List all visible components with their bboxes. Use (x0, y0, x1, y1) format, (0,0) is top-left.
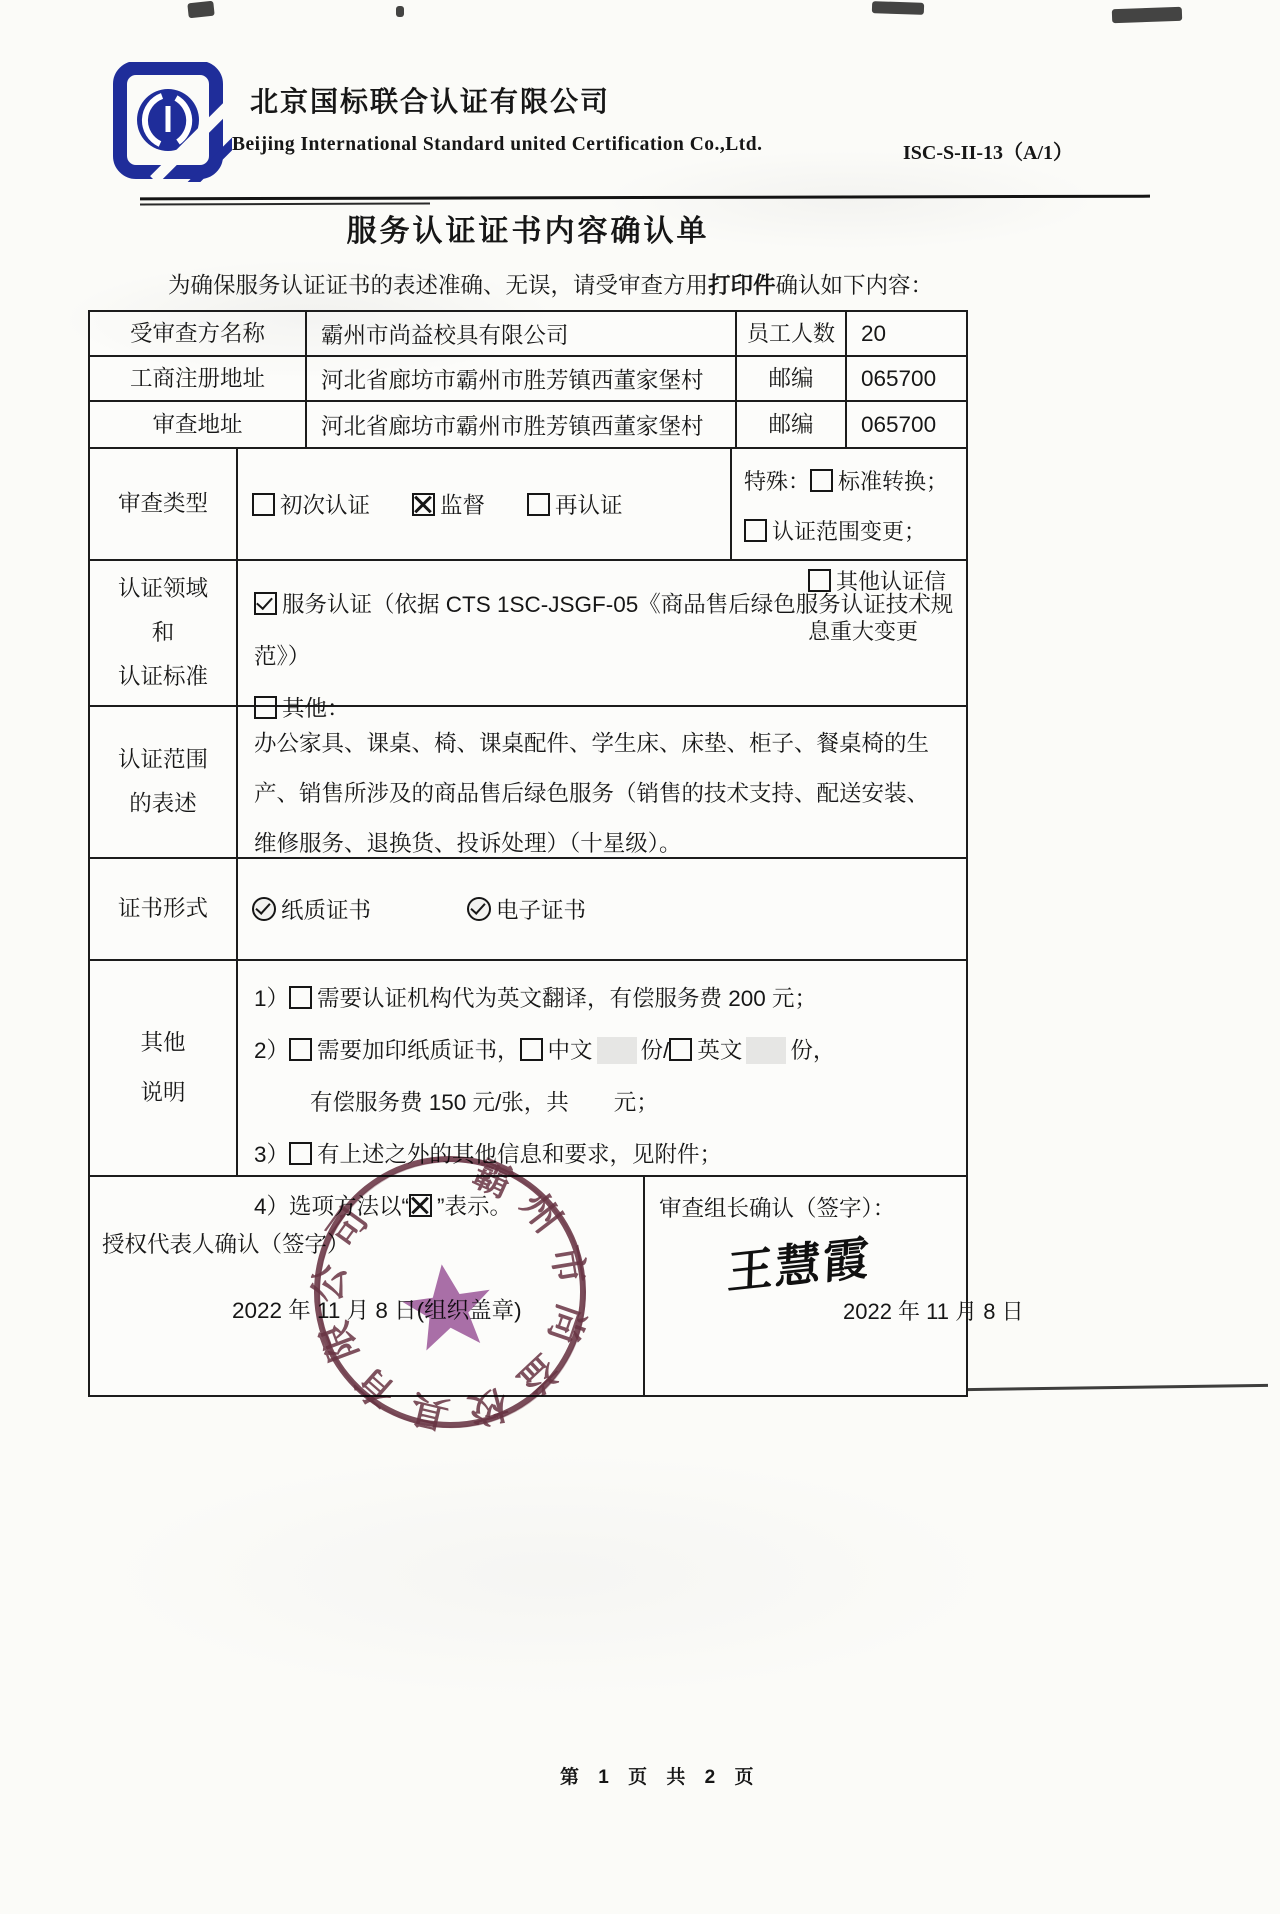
audit-type-label: 审查类型 (90, 449, 238, 559)
intro-pre: 为确保服务认证证书的表述准确、无误，请受审查方用 (168, 273, 708, 298)
cert-form-label: 证书形式 (90, 859, 238, 959)
option-initial-cert: 初次认证 (252, 488, 370, 520)
paper-smudge (100, 1450, 1000, 1700)
audit-leader-label: 审查组长确认（签字）： (659, 1191, 895, 1223)
cert-field-label-l2: 和 (152, 611, 175, 655)
other-note-2: 2）需要加印纸质证书，中文份/英文份， (254, 1025, 966, 1077)
page-footer: 第 1 页 共 2 页 (560, 1762, 761, 1789)
option-surveillance-label: 监督 (440, 488, 485, 520)
intro-post: 确认如下内容： (776, 273, 934, 298)
postcode-value-2: 065700 (847, 402, 966, 447)
note-2-text-4: 英文 (697, 1038, 742, 1063)
option-electronic-cert-label: 电子证书 (496, 893, 586, 925)
checkbox-empty-icon (289, 1142, 312, 1165)
note-1-num: 1） (254, 986, 289, 1011)
other-notes-label: 其他 说明 (90, 961, 238, 1175)
checkbox-empty-icon (520, 1038, 543, 1061)
option-surveillance: 监督 (412, 488, 485, 520)
checkbox-empty-icon (289, 1038, 312, 1061)
checkbox-empty-icon (252, 493, 275, 516)
scope-text: 办公家具、课桌、椅、课桌配件、学生床、床垫、柜子、餐桌椅的生产、销售所涉及的商品… (238, 707, 966, 857)
checkbox-empty-icon (810, 469, 833, 492)
cert-field-label: 认证领域 和 认证标准 (90, 561, 238, 705)
scan-artifact (396, 6, 404, 17)
other-note-1: 1）需要认证机构代为英文翻译，有偿服务费 200 元； (254, 973, 966, 1025)
blank-field (746, 1037, 786, 1064)
option-recert: 再认证 (527, 488, 623, 520)
company-logo (112, 62, 232, 182)
special-option-2: 认证范围变更； (772, 519, 926, 544)
row-auditee-name: 受审查方名称 霸州市尚益校具有限公司 员工人数 20 (90, 312, 966, 357)
special-prefix: 特殊： (744, 469, 810, 494)
audit-leader-date: 2022 年 11 月 8 日 (843, 1295, 1024, 1326)
cert-field-options: 服务认证（依据 CTS 1SC-JSGF-05《商品售后绿色服务认证技术规范》）… (238, 561, 966, 705)
header-rule (140, 195, 1150, 201)
cert-field-option-1-label: 服务认证（依据 CTS 1SC-JSGF-05《商品售后绿色服务认证技术规范》） (254, 592, 953, 669)
scan-artifact (1112, 7, 1182, 23)
scan-artifact (187, 1, 214, 19)
note-2-text-1: 需要加印纸质证书， (317, 1038, 520, 1063)
scope-label-l2: 的表述 (129, 782, 197, 826)
option-recert-label: 再认证 (555, 488, 623, 520)
row-scope: 认证范围 的表述 办公家具、课桌、椅、课桌配件、学生床、床垫、柜子、餐桌椅的生产… (90, 707, 966, 859)
option-paper-cert: 纸质证书 (252, 893, 371, 925)
registered-address-label: 工商注册地址 (90, 357, 307, 400)
registered-address-value: 河北省廊坊市霸州市胜芳镇西董家堡村 (307, 357, 737, 400)
circle-check-icon (467, 897, 491, 921)
postcode-label-2: 邮编 (737, 402, 847, 447)
scan-artifact (872, 1, 924, 15)
scope-label-l1: 认证范围 (118, 738, 208, 782)
row-other-notes: 其他 说明 1）需要认证机构代为英文翻译，有偿服务费 200 元； 2）需要加印… (90, 961, 966, 1177)
cert-form-options: 纸质证书 电子证书 (238, 859, 966, 959)
row-cert-form: 证书形式 纸质证书 电子证书 (90, 859, 966, 961)
intro-bold: 打印件 (708, 273, 776, 298)
blank-field (597, 1037, 637, 1064)
organization-stamp: 霸州市尚益校具有限公司 (290, 1128, 610, 1457)
other-notes-label-l2: 说明 (140, 1068, 185, 1118)
cert-field-option-1: 服务认证（依据 CTS 1SC-JSGF-05《商品售后绿色服务认证技术规范》） (254, 579, 966, 683)
note-2-text-2: 中文 (548, 1038, 593, 1063)
note-2-num: 2） (254, 1038, 289, 1063)
special-line-1: 特殊：标准转换；认证范围变更； (744, 457, 966, 557)
other-note-2b: 有偿服务费 150 元/张，共 元； (254, 1077, 966, 1129)
note-1-text: 需要认证机构代为英文翻译，有偿服务费 200 元； (317, 986, 817, 1011)
company-name-en: Beijing International Standard united Ce… (232, 134, 763, 156)
note-2-text-3: 份/ (641, 1038, 670, 1063)
checkbox-empty-icon (744, 519, 767, 542)
doc-code: ISC-S-II-13（A/1） (903, 136, 1073, 165)
option-electronic-cert: 电子证书 (467, 893, 586, 925)
circle-check-icon (252, 897, 276, 921)
note-3-num: 3） (254, 1142, 289, 1167)
checkbox-x-icon (412, 493, 435, 516)
audit-address-value: 河北省廊坊市霸州市胜芳镇西董家堡村 (307, 402, 737, 447)
audit-leader-cell: 审查组长确认（签字）： 王慧霞 2022 年 11 月 8 日 (645, 1177, 966, 1395)
audit-address-label: 审查地址 (90, 402, 307, 447)
auditee-name-label: 受审查方名称 (90, 312, 307, 355)
note-2-text-5: 份， (790, 1038, 835, 1063)
audit-type-options: 初次认证 监督 再认证 (238, 449, 732, 559)
scan-line-artifact (966, 1384, 1268, 1391)
auditee-name-value: 霸州市尚益校具有限公司 (307, 312, 737, 355)
option-initial-cert-label: 初次认证 (280, 488, 370, 520)
row-cert-field: 认证领域 和 认证标准 服务认证（依据 CTS 1SC-JSGF-05《商品售后… (90, 561, 966, 707)
cert-field-label-l1: 认证领域 (118, 567, 208, 611)
checkbox-empty-icon (669, 1038, 692, 1061)
employee-count-value: 20 (847, 312, 966, 355)
checkbox-empty-icon (527, 493, 550, 516)
row-registered-address: 工商注册地址 河北省廊坊市霸州市胜芳镇西董家堡村 邮编 065700 (90, 357, 966, 402)
cert-field-label-l3: 认证标准 (118, 655, 208, 699)
page-title: 服务认证证书内容确认单 (88, 206, 968, 250)
audit-leader-signature: 王慧霞 (726, 1221, 872, 1303)
option-paper-cert-label: 纸质证书 (281, 893, 371, 925)
company-name-cn: 北京国标联合认证有限公司 (250, 80, 610, 120)
postcode-value-1: 065700 (847, 357, 966, 400)
checkbox-checked-icon (254, 592, 277, 615)
other-notes-label-l1: 其他 (140, 1018, 185, 1068)
row-audit-type: 审查类型 初次认证 监督 再认证 特殊：标准转换；认证范围变更； 其他认证信息重… (90, 449, 966, 561)
row-audit-address: 审查地址 河北省廊坊市霸州市胜芳镇西董家堡村 邮编 065700 (90, 402, 966, 449)
postcode-label-1: 邮编 (737, 357, 847, 400)
scope-label: 认证范围 的表述 (90, 707, 238, 857)
intro-text: 为确保服务认证证书的表述准确、无误，请受审查方用打印件确认如下内容： (168, 268, 933, 300)
checkbox-empty-icon (289, 986, 312, 1009)
audit-type-special: 特殊：标准转换；认证范围变更； 其他认证信息重大变更 (732, 449, 966, 559)
employee-count-label: 员工人数 (737, 312, 847, 355)
special-option-1: 标准转换； (838, 469, 948, 494)
